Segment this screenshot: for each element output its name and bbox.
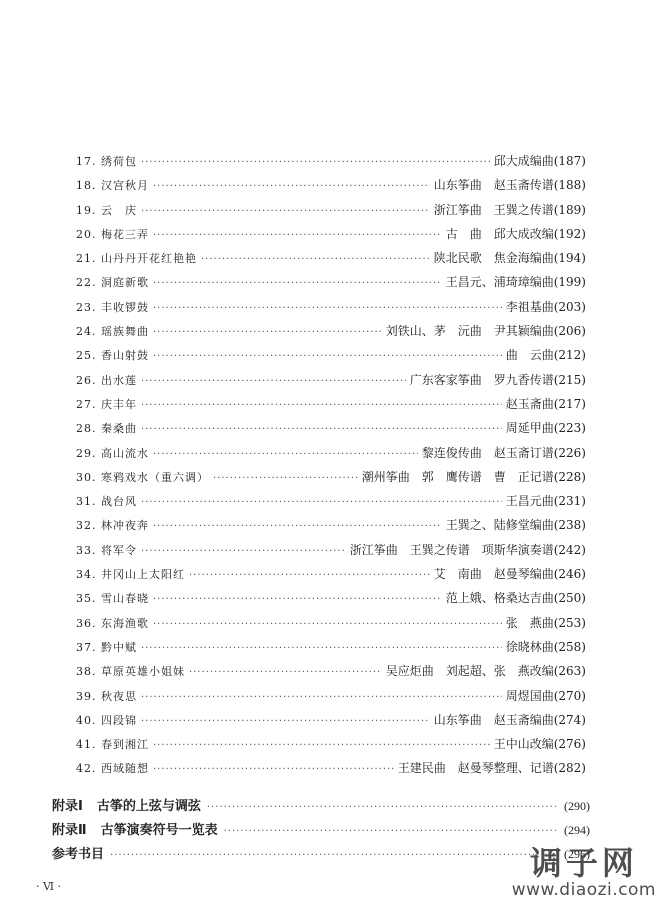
- appendix-page: (290): [564, 799, 590, 814]
- entry-title: 20. 梅花三弄: [76, 226, 149, 242]
- entry-credit: 刘铁山、茅 沅曲 尹其颖编曲: [386, 322, 554, 339]
- leader-dots: [153, 327, 382, 338]
- toc-entry[interactable]: 34. 井冈山上太阳红艾 南曲 赵曼琴编曲(246): [76, 565, 586, 589]
- entry-credit: 李祖基曲: [506, 298, 554, 315]
- toc-entry[interactable]: 17. 绣荷包邱大成编曲(187): [76, 152, 586, 176]
- entry-title: 30. 寒鸦戏水（重六调）: [76, 469, 209, 485]
- entry-title: 35. 雪山春晓: [76, 590, 149, 606]
- toc-entry[interactable]: 42. 西域随想王建民曲 赵曼琴整理、记谱(282): [76, 759, 586, 783]
- toc-entry[interactable]: 35. 雪山春晓范上娥、格桑达吉曲(250): [76, 589, 586, 613]
- leader-dots: [153, 303, 502, 314]
- toc-entry[interactable]: 21. 山丹丹开花红艳艳陕北民歌 焦金海编曲(194): [76, 249, 586, 273]
- leader-dots: [141, 643, 502, 654]
- watermark: 调子网 www.diaozi.com: [512, 846, 656, 900]
- entry-page: (253): [554, 616, 586, 630]
- leader-dots: [153, 181, 430, 192]
- toc-entry[interactable]: 33. 将军令浙江筝曲 王巽之传谱 项斯华演奏谱(242): [76, 541, 586, 565]
- entry-page: (192): [554, 227, 586, 241]
- entry-title: 42. 西域随想: [76, 760, 149, 776]
- toc-entry[interactable]: 39. 秋夜思周煜国曲(270): [76, 687, 586, 711]
- entry-page: (270): [554, 689, 586, 703]
- appendix-entry[interactable]: 附录Ⅱ古筝演奏符号一览表(294): [52, 819, 590, 843]
- entry-page: (246): [554, 567, 586, 581]
- leader-dots: [141, 497, 502, 508]
- entry-credit: 山东筝曲 赵玉斋编曲: [434, 711, 554, 728]
- entry-page: (188): [554, 178, 586, 192]
- leader-dots: [153, 740, 490, 751]
- entry-credit: 山东筝曲 赵玉斋传谱: [434, 176, 554, 193]
- leader-dots: [153, 521, 442, 532]
- entry-page: (187): [554, 154, 586, 168]
- entry-page: (199): [554, 275, 586, 289]
- leader-dots: [153, 619, 502, 630]
- entry-title: 28. 秦桑曲: [76, 420, 137, 436]
- watermark-site-name: 调子网: [512, 846, 656, 880]
- toc-entry[interactable]: 30. 寒鸦戏水（重六调）潮州筝曲 郭 鹰传谱 曹 正记谱(228): [76, 468, 586, 492]
- entry-title: 32. 林冲夜奔: [76, 517, 149, 533]
- leader-dots: [153, 594, 442, 605]
- entry-title: 39. 秋夜思: [76, 688, 137, 704]
- toc-entry[interactable]: 24. 瑶族舞曲刘铁山、茅 沅曲 尹其颖编曲(206): [76, 322, 586, 346]
- leader-dots: [213, 473, 358, 484]
- watermark-url: www.diaozi.com: [512, 880, 656, 900]
- toc-entry[interactable]: 20. 梅花三弄古 曲 邱大成改编(192): [76, 225, 586, 249]
- entry-title: 41. 春到湘江: [76, 736, 149, 752]
- leader-dots: [189, 667, 382, 678]
- entry-page: (194): [554, 251, 586, 265]
- leader-dots: [153, 278, 442, 289]
- entry-page: (238): [554, 518, 586, 532]
- leader-dots: [201, 254, 430, 265]
- leader-dots: [224, 826, 558, 837]
- entry-credit: 赵玉斋曲: [506, 395, 554, 412]
- leader-dots: [153, 449, 418, 460]
- entry-credit: 黎连俊传曲 赵玉斋订谱: [422, 444, 554, 461]
- toc-entry[interactable]: 32. 林冲夜奔王巽之、陆修堂编曲(238): [76, 516, 586, 540]
- entry-credit: 广东客家筝曲 罗九香传谱: [410, 371, 554, 388]
- entry-title: 29. 高山流水: [76, 445, 149, 461]
- appendix-label: 附录Ⅱ: [52, 819, 87, 838]
- entry-title: 17. 绣荷包: [76, 153, 137, 169]
- entry-credit: 王昌元曲: [506, 492, 554, 509]
- entry-page: (206): [554, 324, 586, 338]
- entry-page: (215): [554, 373, 586, 387]
- entry-page: (228): [554, 470, 586, 484]
- appendix-title: 古筝的上弦与调弦: [97, 795, 201, 814]
- leader-dots: [189, 570, 430, 581]
- toc-entry[interactable]: 29. 高山流水黎连俊传曲 赵玉斋订谱(226): [76, 444, 586, 468]
- toc-entry[interactable]: 28. 秦桑曲周延甲曲(223): [76, 419, 586, 443]
- toc-entry[interactable]: 38. 草原英雄小姐妹吴应炬曲 刘起超、张 燕改编(263): [76, 662, 586, 686]
- entry-credit: 邱大成编曲: [494, 152, 554, 169]
- entry-title: 36. 东海渔歌: [76, 615, 149, 631]
- entry-page: (242): [554, 543, 586, 557]
- entry-credit: 范上娥、格桑达吉曲: [446, 589, 554, 606]
- leader-dots: [153, 764, 394, 775]
- appendix-section: 附录Ⅰ古筝的上弦与调弦(290) 附录Ⅱ古筝演奏符号一览表(294) 参考书目(…: [52, 795, 590, 867]
- entry-credit: 曲 云曲: [506, 346, 554, 363]
- page-folio: · Ⅵ ·: [36, 880, 61, 893]
- leader-dots: [141, 692, 502, 703]
- leader-dots: [141, 400, 502, 411]
- toc-entry[interactable]: 23. 丰收锣鼓李祖基曲(203): [76, 298, 586, 322]
- appendix-label: 附录Ⅰ: [52, 795, 83, 814]
- bibliography-title: 参考书目: [52, 843, 104, 862]
- entry-title: 31. 战台风: [76, 493, 137, 509]
- entry-title: 19. 云 庆: [76, 202, 137, 218]
- entry-page: (282): [554, 761, 586, 775]
- toc-entry[interactable]: 25. 香山射鼓曲 云曲(212): [76, 346, 586, 370]
- entry-credit: 王中山改编: [494, 735, 554, 752]
- toc-entry[interactable]: 37. 黔中赋徐晓林曲(258): [76, 638, 586, 662]
- entry-title: 25. 香山射鼓: [76, 347, 149, 363]
- entry-credit: 王巽之、陆修堂编曲: [446, 516, 554, 533]
- entry-credit: 陕北民歌 焦金海编曲: [434, 249, 554, 266]
- entry-page: (226): [554, 446, 586, 460]
- entry-page: (223): [554, 421, 586, 435]
- entry-credit: 周煜国曲: [506, 687, 554, 704]
- entry-credit: 艾 南曲 赵曼琴编曲: [434, 565, 554, 582]
- entry-credit: 张 燕曲: [506, 614, 554, 631]
- entry-page: (203): [554, 300, 586, 314]
- leader-dots: [141, 376, 406, 387]
- leader-dots: [141, 206, 430, 217]
- entry-title: 23. 丰收锣鼓: [76, 299, 149, 315]
- toc-entry[interactable]: 40. 四段锦山东筝曲 赵玉斋编曲(274): [76, 711, 586, 735]
- entry-title: 18. 汉宫秋月: [76, 177, 149, 193]
- appendix-page: (294): [564, 823, 590, 838]
- appendix-entry[interactable]: 附录Ⅰ古筝的上弦与调弦(290): [52, 795, 590, 819]
- entry-credit: 潮州筝曲 郭 鹰传谱 曹 正记谱: [362, 468, 554, 485]
- toc-entry[interactable]: 36. 东海渔歌张 燕曲(253): [76, 614, 586, 638]
- toc-entry[interactable]: 41. 春到湘江王中山改编(276): [76, 735, 586, 759]
- bibliography-entry[interactable]: 参考书目(296): [52, 843, 590, 867]
- leader-dots: [110, 850, 558, 861]
- entry-title: 24. 瑶族舞曲: [76, 323, 149, 339]
- leader-dots: [207, 802, 558, 813]
- entry-title: 22. 洞庭新歌: [76, 274, 149, 290]
- entry-page: (217): [554, 397, 586, 411]
- entry-page: (263): [554, 664, 586, 678]
- leader-dots: [153, 351, 502, 362]
- toc-entry[interactable]: 27. 庆丰年赵玉斋曲(217): [76, 395, 586, 419]
- toc-entry[interactable]: 19. 云 庆浙江筝曲 王巽之传谱(189): [76, 201, 586, 225]
- entry-credit: 浙江筝曲 王巽之传谱: [434, 201, 554, 218]
- entry-title: 34. 井冈山上太阳红: [76, 566, 185, 582]
- entry-title: 38. 草原英雄小姐妹: [76, 663, 185, 679]
- entry-page: (258): [554, 640, 586, 654]
- entry-page: (189): [554, 203, 586, 217]
- toc-entry[interactable]: 22. 洞庭新歌王昌元、浦琦璋编曲(199): [76, 273, 586, 297]
- entry-credit: 徐晓林曲: [506, 638, 554, 655]
- entry-title: 21. 山丹丹开花红艳艳: [76, 250, 197, 266]
- entry-title: 37. 黔中赋: [76, 639, 137, 655]
- entry-page: (212): [554, 348, 586, 362]
- leader-dots: [141, 157, 490, 168]
- entry-credit: 王昌元、浦琦璋编曲: [446, 273, 554, 290]
- leader-dots: [141, 424, 502, 435]
- leader-dots: [141, 546, 346, 557]
- entry-credit: 浙江筝曲 王巽之传谱 项斯华演奏谱: [350, 541, 554, 558]
- entry-credit: 古 曲 邱大成改编: [446, 225, 554, 242]
- entry-title: 33. 将军令: [76, 542, 137, 558]
- toc-entry[interactable]: 18. 汉宫秋月山东筝曲 赵玉斋传谱(188): [76, 176, 586, 200]
- entry-page: (274): [554, 713, 586, 727]
- table-of-contents: 17. 绣荷包邱大成编曲(187) 18. 汉宫秋月山东筝曲 赵玉斋传谱(188…: [76, 152, 586, 784]
- entry-credit: 王建民曲 赵曼琴整理、记谱: [398, 759, 554, 776]
- toc-entry[interactable]: 31. 战台风王昌元曲(231): [76, 492, 586, 516]
- entry-credit: 吴应炬曲 刘起超、张 燕改编: [386, 662, 554, 679]
- entry-page: (231): [554, 494, 586, 508]
- leader-dots: [153, 230, 442, 241]
- leader-dots: [141, 716, 430, 727]
- toc-entry[interactable]: 26. 出水莲广东客家筝曲 罗九香传谱(215): [76, 371, 586, 395]
- entry-title: 26. 出水莲: [76, 372, 137, 388]
- entry-title: 27. 庆丰年: [76, 396, 137, 412]
- appendix-title: 古筝演奏符号一览表: [101, 819, 218, 838]
- entry-page: (276): [554, 737, 586, 751]
- entry-credit: 周延甲曲: [506, 419, 554, 436]
- entry-title: 40. 四段锦: [76, 712, 137, 728]
- entry-page: (250): [554, 591, 586, 605]
